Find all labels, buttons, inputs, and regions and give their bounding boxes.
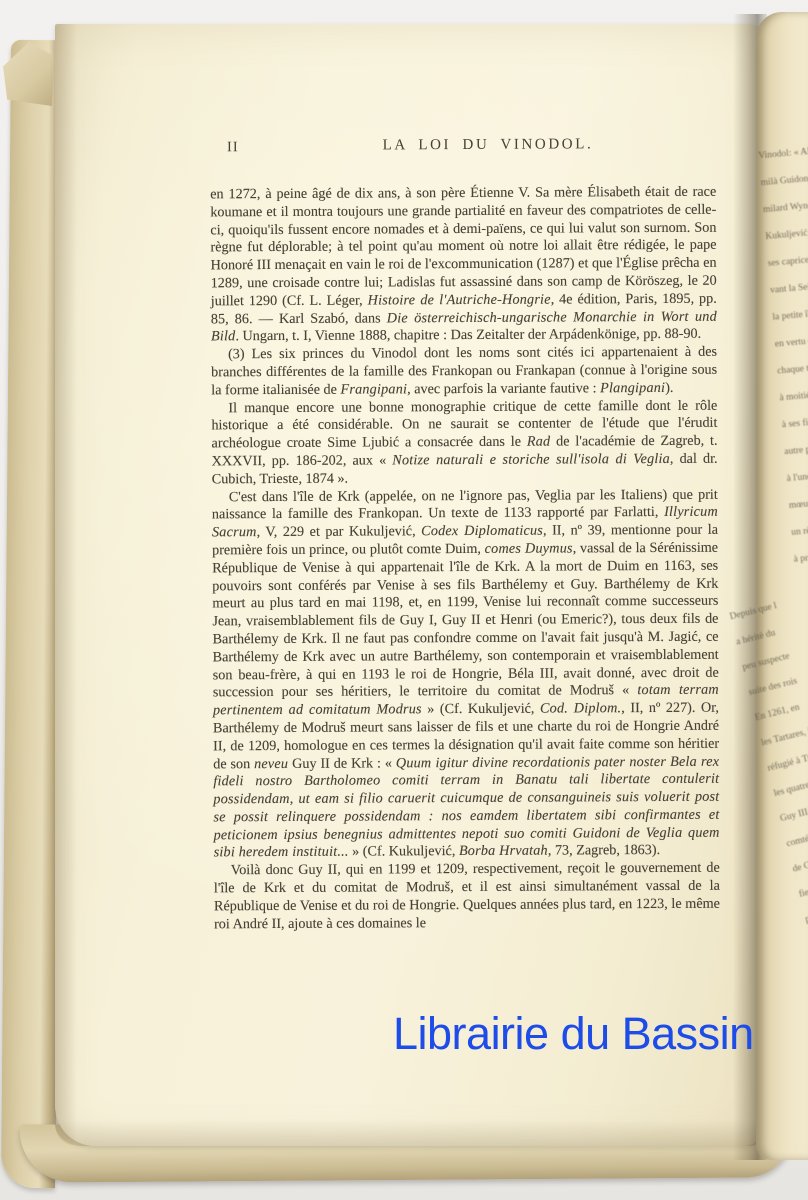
- edge-text-fragment: en vertu duque: [774, 327, 808, 359]
- edge-text-fragment: milard Wynod: [762, 192, 808, 224]
- paragraph: Il manque encore une bonne monographie c…: [211, 397, 717, 489]
- paragraph: (3) Les six princes du Vinodol dont les …: [211, 344, 717, 400]
- edge-text-fragment: Kukuljević, Bo: [764, 219, 808, 251]
- paragraph: Voilà donc Guy II, qui en 1199 et 1209, …: [214, 860, 720, 934]
- edge-text-fragment: à moitié cha: [778, 380, 808, 412]
- book-photo: II LA LOI DU VINODOL. en 1272, à peine â…: [0, 0, 808, 1200]
- edge-text-fragment: la petite île voi: [771, 300, 808, 332]
- edge-text-fragment: milà Guidonis: [760, 165, 808, 197]
- bookseller-watermark: Librairie du Bassin: [393, 1008, 754, 1060]
- edge-text-fragment: Vinodol: « All: [757, 138, 808, 170]
- edge-text-fragment: à ses fils, sa: [781, 407, 808, 439]
- body-text: en 1272, à peine âgé de dix ans, à son p…: [210, 184, 720, 934]
- edge-text-fragment: vant la Seigneu: [769, 273, 808, 305]
- page-header: II LA LOI DU VINODOL.: [210, 131, 716, 164]
- page-number: II: [227, 139, 239, 156]
- edge-text-fragment: ses caprices: [767, 246, 808, 278]
- edge-text-fragment: chaque tiers du: [776, 353, 808, 385]
- edge-text-fragment: mœurs prépar: [788, 488, 808, 520]
- paragraph: en 1272, à peine âgé de dix ans, à son p…: [210, 184, 717, 347]
- adjacent-page-curl: Vinodol: « Allmilà Guidonismilard WynodK…: [756, 12, 808, 1160]
- edge-text-fragment: un règlement: [790, 515, 808, 547]
- edge-text-fragment: à l'une du ce: [786, 461, 808, 493]
- paragraph: C'est dans l'île de Krk (appelée, on ne …: [212, 486, 720, 862]
- edge-text-fragment: à princes.: [793, 542, 808, 574]
- printed-text-column: II LA LOI DU VINODOL. en 1272, à peine â…: [210, 131, 720, 934]
- book-page: II LA LOI DU VINODOL. en 1272, à peine â…: [55, 24, 765, 1146]
- edge-text-fragment: autre parent. C: [783, 434, 808, 466]
- running-title: LA LOI DU VINODOL.: [383, 136, 594, 154]
- adjacent-page-text-upper: Vinodol: « Allmilà Guidonismilard WynodK…: [757, 138, 808, 573]
